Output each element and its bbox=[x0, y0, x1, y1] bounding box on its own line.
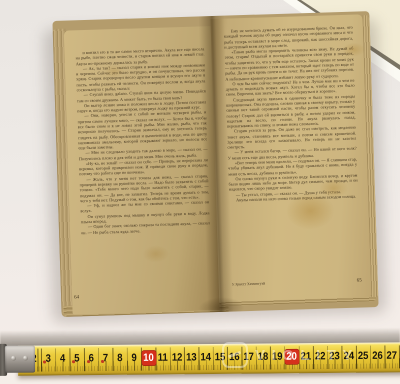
ruler-number: 18 bbox=[256, 350, 270, 365]
photo-scene: и вонзил его в то же самое место вторичн… bbox=[0, 0, 400, 384]
ruler-number: 7 bbox=[98, 351, 112, 366]
book-page-left: и вонзил его в то же самое место вторичн… bbox=[64, 26, 220, 314]
tape-hook-plate bbox=[5, 346, 35, 373]
tape-scale-numbers: 2345678910111213141516171819202122232425… bbox=[27, 349, 399, 365]
paragraph: — Жаль, что у меня нет точила для ножа, … bbox=[79, 173, 209, 203]
ruler-number: 16 bbox=[227, 350, 241, 365]
ruler-number: 27 bbox=[385, 349, 399, 364]
ruler-number: 6 bbox=[84, 351, 98, 366]
ruler-number: 9 bbox=[127, 351, 141, 366]
ruler-number: 23 bbox=[327, 349, 341, 364]
ruler-number: 19 bbox=[270, 350, 284, 365]
ruler-number: 8 bbox=[113, 351, 127, 366]
rivet bbox=[11, 356, 16, 361]
rivet bbox=[23, 356, 28, 361]
paragraph: Следующая акула явилась в одиночку и был… bbox=[226, 93, 356, 129]
ruler-number: 20 bbox=[285, 349, 299, 364]
paragraph: — Ах, ты так? — сказал старик и вонзил н… bbox=[76, 62, 206, 92]
ruler-number: 15 bbox=[213, 350, 227, 365]
ruler-number: 14 bbox=[199, 350, 213, 365]
ruler-number: 12 bbox=[170, 350, 184, 365]
page-number-left: 64 bbox=[74, 295, 79, 300]
ruler-number: 26 bbox=[370, 349, 384, 364]
ruler-number: 4 bbox=[56, 351, 70, 366]
right-page-text: Ему не хотелось думать об ее изуродованн… bbox=[224, 25, 361, 272]
ruler-number: 3 bbox=[41, 352, 55, 367]
ruler-number: 10 bbox=[141, 351, 155, 366]
book-page-right: Ему не хотелось думать об ее изуродованн… bbox=[210, 14, 371, 302]
left-page-text: и вонзил его в то же самое место вторичн… bbox=[75, 46, 211, 282]
ruler-number: 17 bbox=[242, 350, 256, 365]
paragraph: «Такая рыба могла прокормить человека вс… bbox=[224, 46, 354, 82]
ruler-number: 24 bbox=[342, 349, 356, 364]
ruler-number: 22 bbox=[313, 349, 327, 364]
ruler-number: 5 bbox=[70, 351, 84, 366]
paragraph: — Они, наверно, унесли с собой не меньше… bbox=[77, 110, 207, 151]
right-page-footer: 5 Эрнест Хемингуэй 65 bbox=[232, 278, 362, 287]
ruler-number: 11 bbox=[156, 351, 170, 366]
printer-signature: 5 Эрнест Хемингуэй bbox=[232, 282, 265, 287]
open-book: и вонзил его в то же самое место вторичн… bbox=[52, 11, 378, 317]
page-number-right: 65 bbox=[357, 278, 362, 283]
measuring-tape: 2345678910111213141516171819202122232425… bbox=[18, 342, 400, 375]
ruler-number: 25 bbox=[356, 349, 370, 364]
ruler-number: 13 bbox=[184, 350, 198, 365]
ruler-number: 21 bbox=[299, 349, 313, 364]
